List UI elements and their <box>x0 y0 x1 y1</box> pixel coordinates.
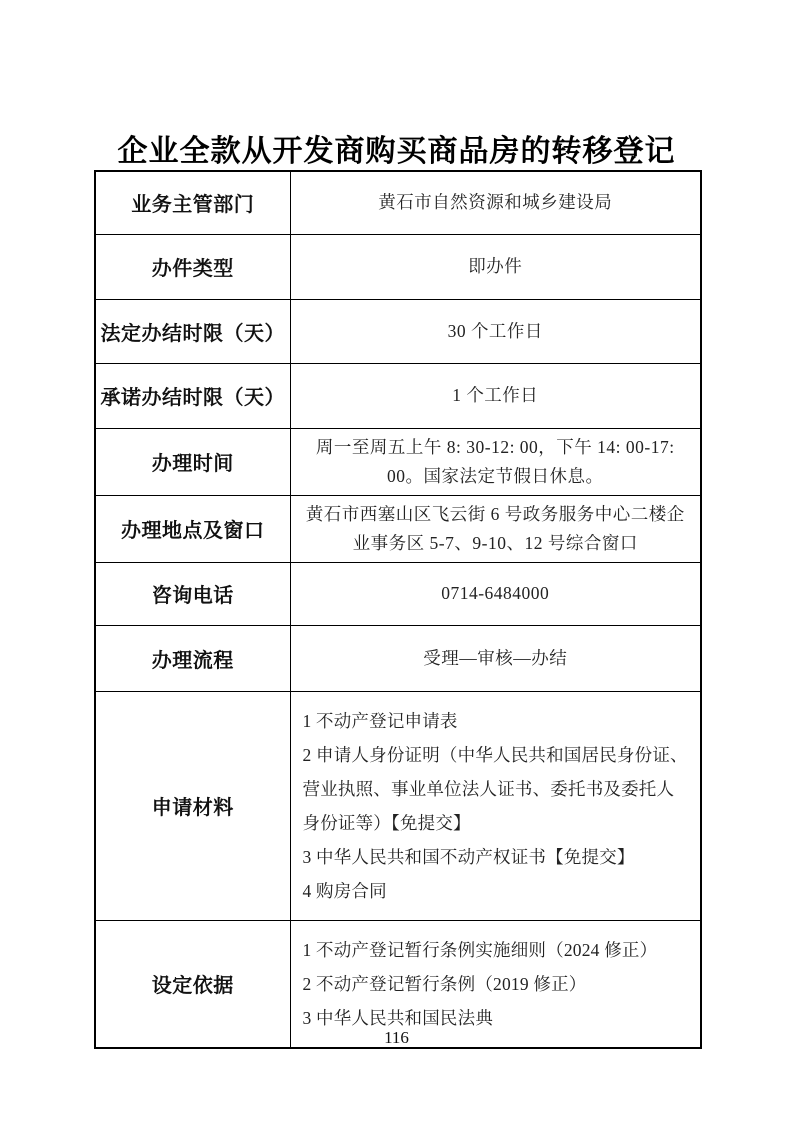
row-label-application-materials: 申请材料 <box>95 691 290 920</box>
page-number: 116 <box>0 1028 793 1048</box>
row-label-consultation-phone: 咨询电话 <box>95 562 290 625</box>
table-row: 办理地点及窗口 黄石市西塞山区飞云街 6 号政务服务中心二楼企业事务区 5-7、… <box>95 495 701 562</box>
table-row: 承诺办结时限（天） 1 个工作日 <box>95 363 701 428</box>
row-value-business-department: 黄石市自然资源和城乡建设局 <box>290 171 701 234</box>
service-info-table: 业务主管部门 黄石市自然资源和城乡建设局 办件类型 即办件 法定办结时限（天） … <box>94 170 702 1049</box>
page-title: 企业全款从开发商购买商品房的转移登记 <box>0 126 793 170</box>
row-label-business-department: 业务主管部门 <box>95 171 290 234</box>
row-value-office-hours: 周一至周五上午 8: 30-12: 00，下午 14: 00-17: 00。国家… <box>290 428 701 495</box>
table-row: 申请材料 1 不动产登记申请表 2 申请人身份证明（中华人民共和国居民身份证、营… <box>95 691 701 920</box>
row-label-location-window: 办理地点及窗口 <box>95 495 290 562</box>
row-label-statutory-time-limit: 法定办结时限（天） <box>95 299 290 363</box>
row-label-office-hours: 办理时间 <box>95 428 290 495</box>
row-label-case-type: 办件类型 <box>95 234 290 299</box>
row-value-consultation-phone: 0714-6484000 <box>290 562 701 625</box>
row-value-process: 受理—审核—办结 <box>290 625 701 691</box>
row-label-promised-time-limit: 承诺办结时限（天） <box>95 363 290 428</box>
row-value-application-materials: 1 不动产登记申请表 2 申请人身份证明（中华人民共和国居民身份证、营业执照、事… <box>290 691 701 920</box>
table-row: 咨询电话 0714-6484000 <box>95 562 701 625</box>
row-value-statutory-time-limit: 30 个工作日 <box>290 299 701 363</box>
row-label-process: 办理流程 <box>95 625 290 691</box>
table-row: 办理流程 受理—审核—办结 <box>95 625 701 691</box>
table-row: 法定办结时限（天） 30 个工作日 <box>95 299 701 363</box>
row-value-case-type: 即办件 <box>290 234 701 299</box>
table-row: 办理时间 周一至周五上午 8: 30-12: 00，下午 14: 00-17: … <box>95 428 701 495</box>
table-row: 办件类型 即办件 <box>95 234 701 299</box>
row-value-promised-time-limit: 1 个工作日 <box>290 363 701 428</box>
table-row: 业务主管部门 黄石市自然资源和城乡建设局 <box>95 171 701 234</box>
row-value-location-window: 黄石市西塞山区飞云街 6 号政务服务中心二楼企业事务区 5-7、9-10、12 … <box>290 495 701 562</box>
